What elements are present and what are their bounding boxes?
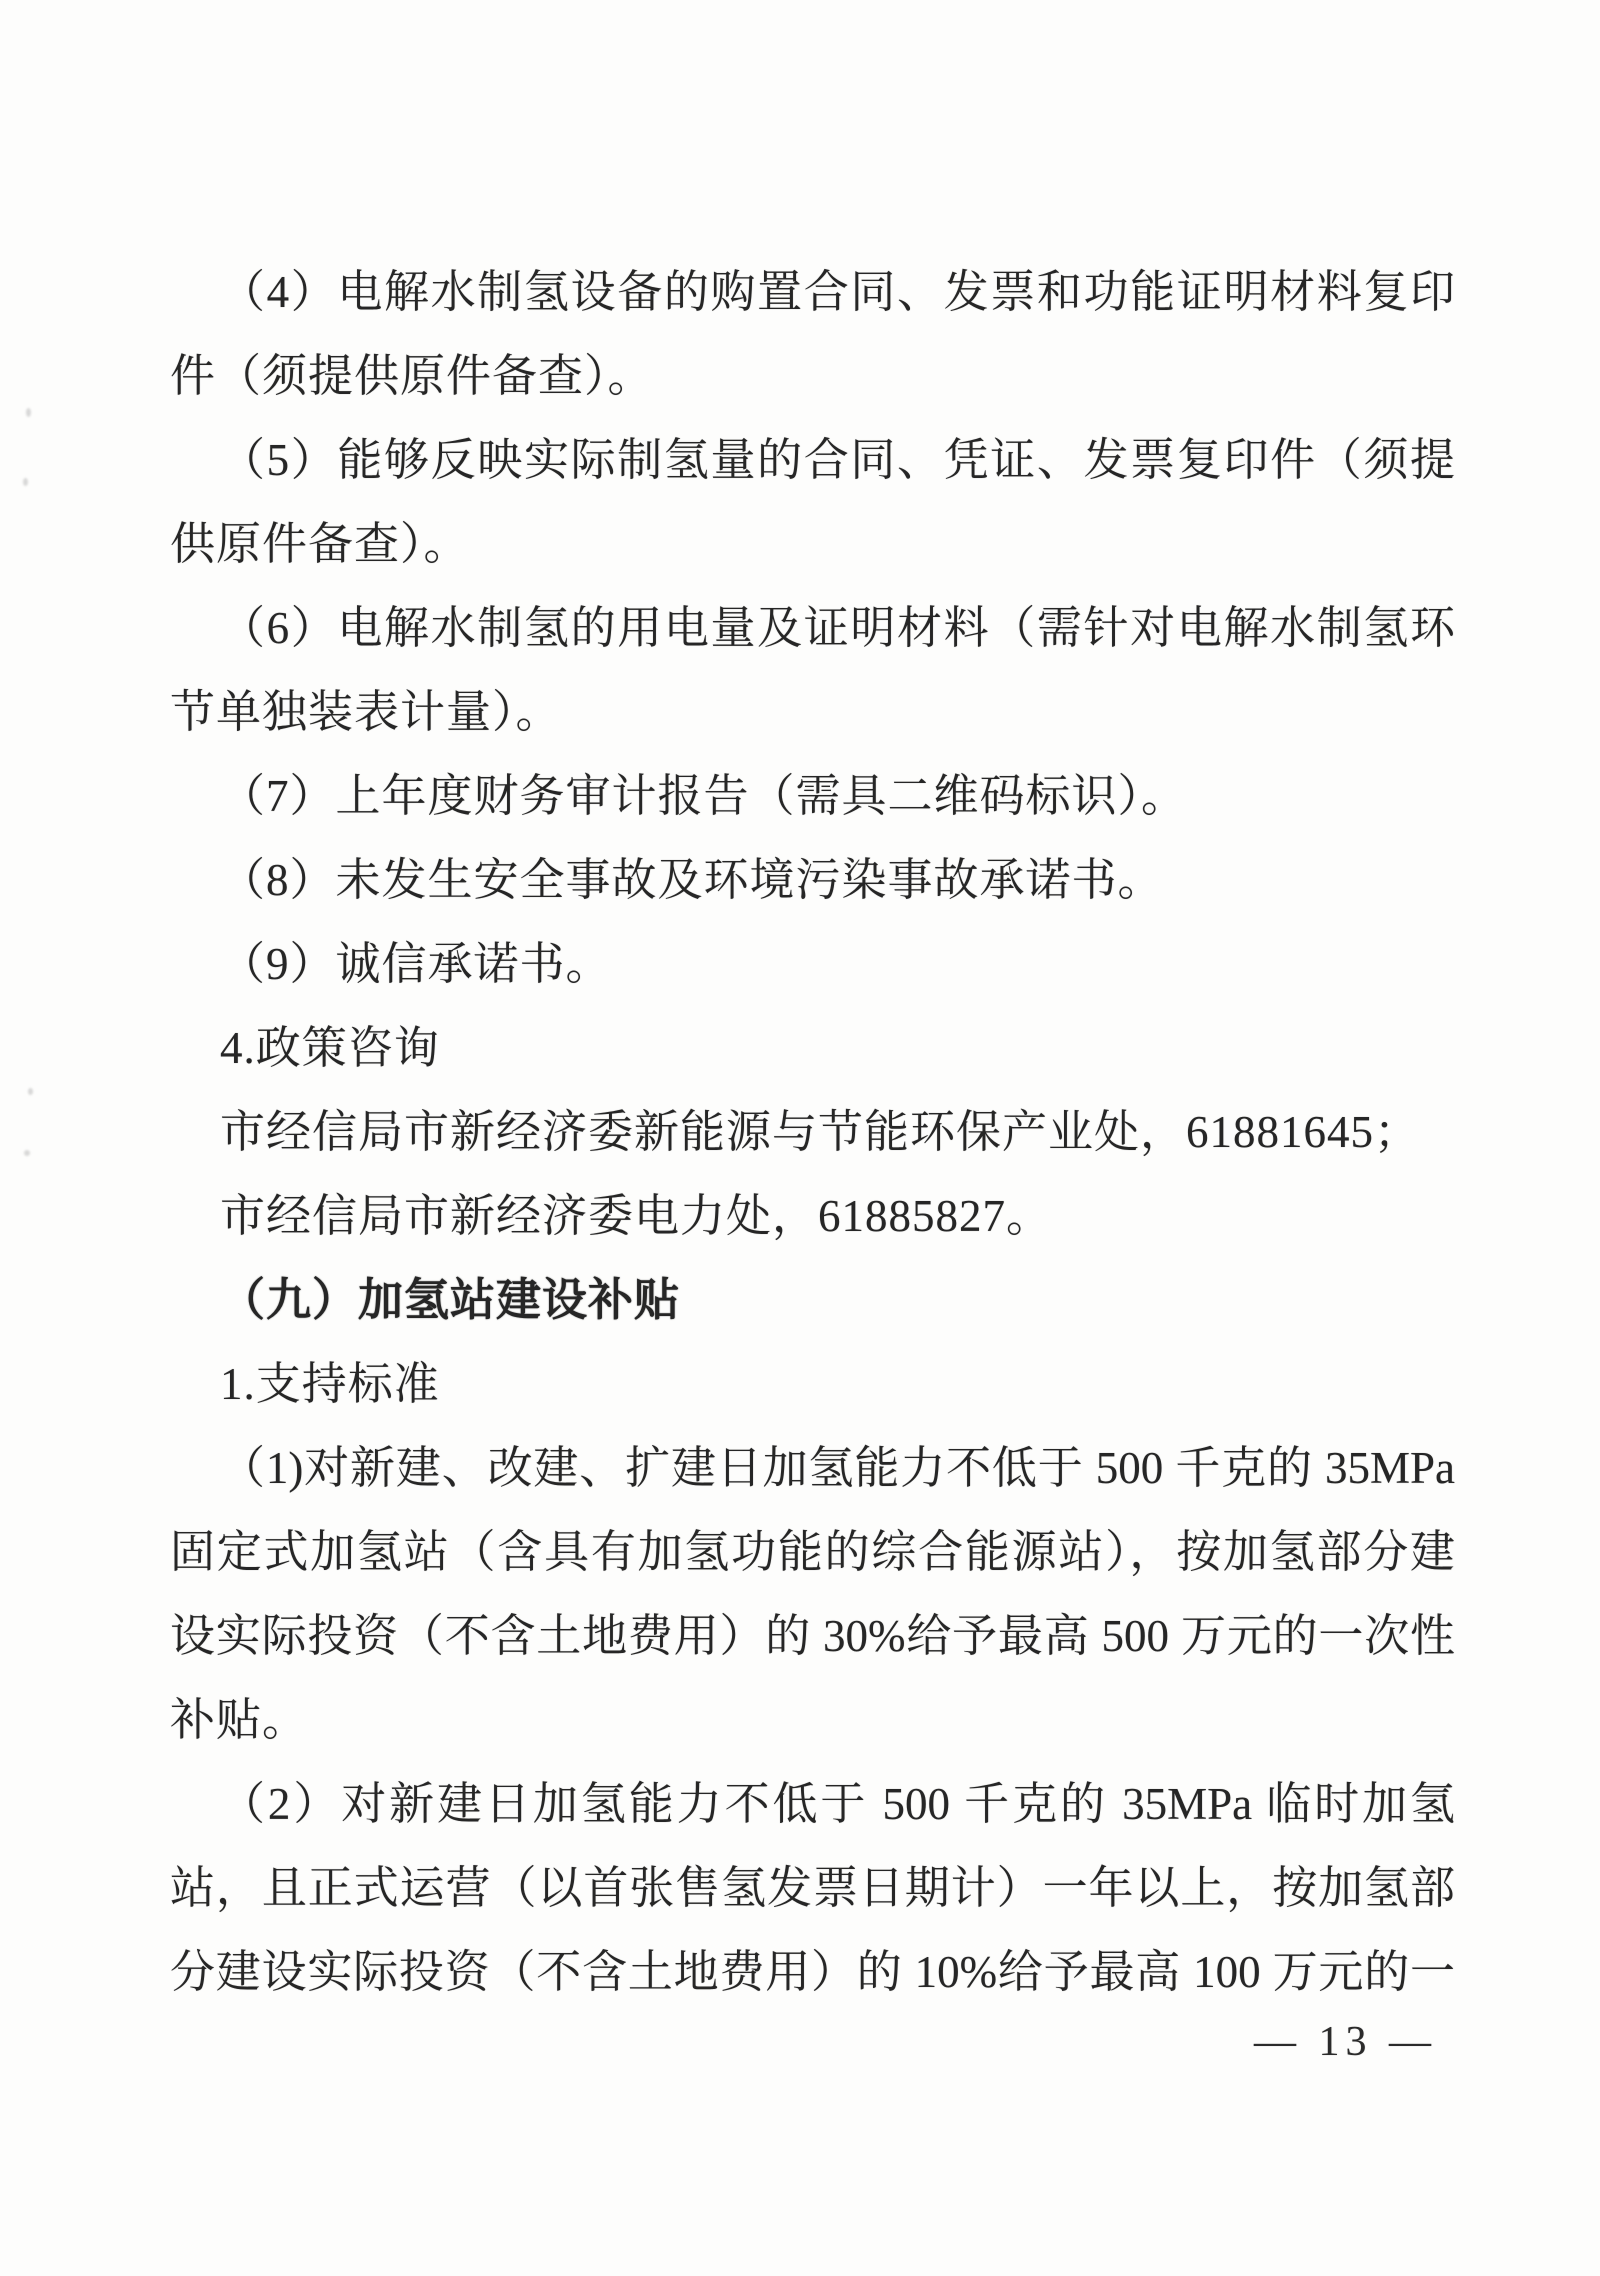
text-line: 分建设实际投资（不含土地费用）的 10%给予最高 100 万元的一 <box>170 1930 1455 2014</box>
text-line: 站，且正式运营（以首张售氢发票日期计）一年以上，按加氢部 <box>170 1846 1455 1930</box>
text-line: （8）未发生安全事故及环境污染事故承诺书。 <box>170 838 1455 922</box>
text-line: 补贴。 <box>170 1678 1455 1762</box>
text-line: （2）对新建日加氢能力不低于 500 千克的 35MPa 临时加氢 <box>170 1762 1455 1846</box>
document-body: （4）电解水制氢设备的购置合同、发票和功能证明材料复印件（须提供原件备查）。（5… <box>170 250 1455 2014</box>
text-line: （7）上年度财务审计报告（需具二维码标识）。 <box>170 754 1455 838</box>
text-line: （4）电解水制氢设备的购置合同、发票和功能证明材料复印 <box>170 250 1455 334</box>
text-line: 1.支持标准 <box>170 1342 1455 1426</box>
text-line: 市经信局市新经济委新能源与节能环保产业处，61881645； <box>170 1090 1455 1174</box>
page-number: — 13 — <box>1254 2018 1437 2066</box>
scan-artifact <box>26 408 31 417</box>
text-line: （1)对新建、改建、扩建日加氢能力不低于 500 千克的 35MPa <box>170 1426 1455 1510</box>
text-line: （5）能够反映实际制氢量的合同、凭证、发票复印件（须提 <box>170 418 1455 502</box>
text-line: 供原件备查）。 <box>170 502 1455 586</box>
text-line: 节单独装表计量）。 <box>170 670 1455 754</box>
scanned-document-page: （4）电解水制氢设备的购置合同、发票和功能证明材料复印件（须提供原件备查）。（5… <box>0 0 1600 2276</box>
text-line: 4.政策咨询 <box>170 1006 1455 1090</box>
text-line: 市经信局市新经济委电力处，61885827。 <box>170 1174 1455 1258</box>
text-line: （6）电解水制氢的用电量及证明材料（需针对电解水制氢环 <box>170 586 1455 670</box>
section-heading: （九）加氢站建设补贴 <box>170 1258 1455 1342</box>
text-line: 设实际投资（不含土地费用）的 30%给予最高 500 万元的一次性 <box>170 1594 1455 1678</box>
text-line: 固定式加氢站（含具有加氢功能的综合能源站），按加氢部分建 <box>170 1510 1455 1594</box>
text-line: 件（须提供原件备查）。 <box>170 334 1455 418</box>
scan-artifact <box>28 1088 33 1095</box>
scan-artifact <box>24 1150 30 1156</box>
text-line: （9）诚信承诺书。 <box>170 922 1455 1006</box>
scan-artifact <box>23 478 28 486</box>
